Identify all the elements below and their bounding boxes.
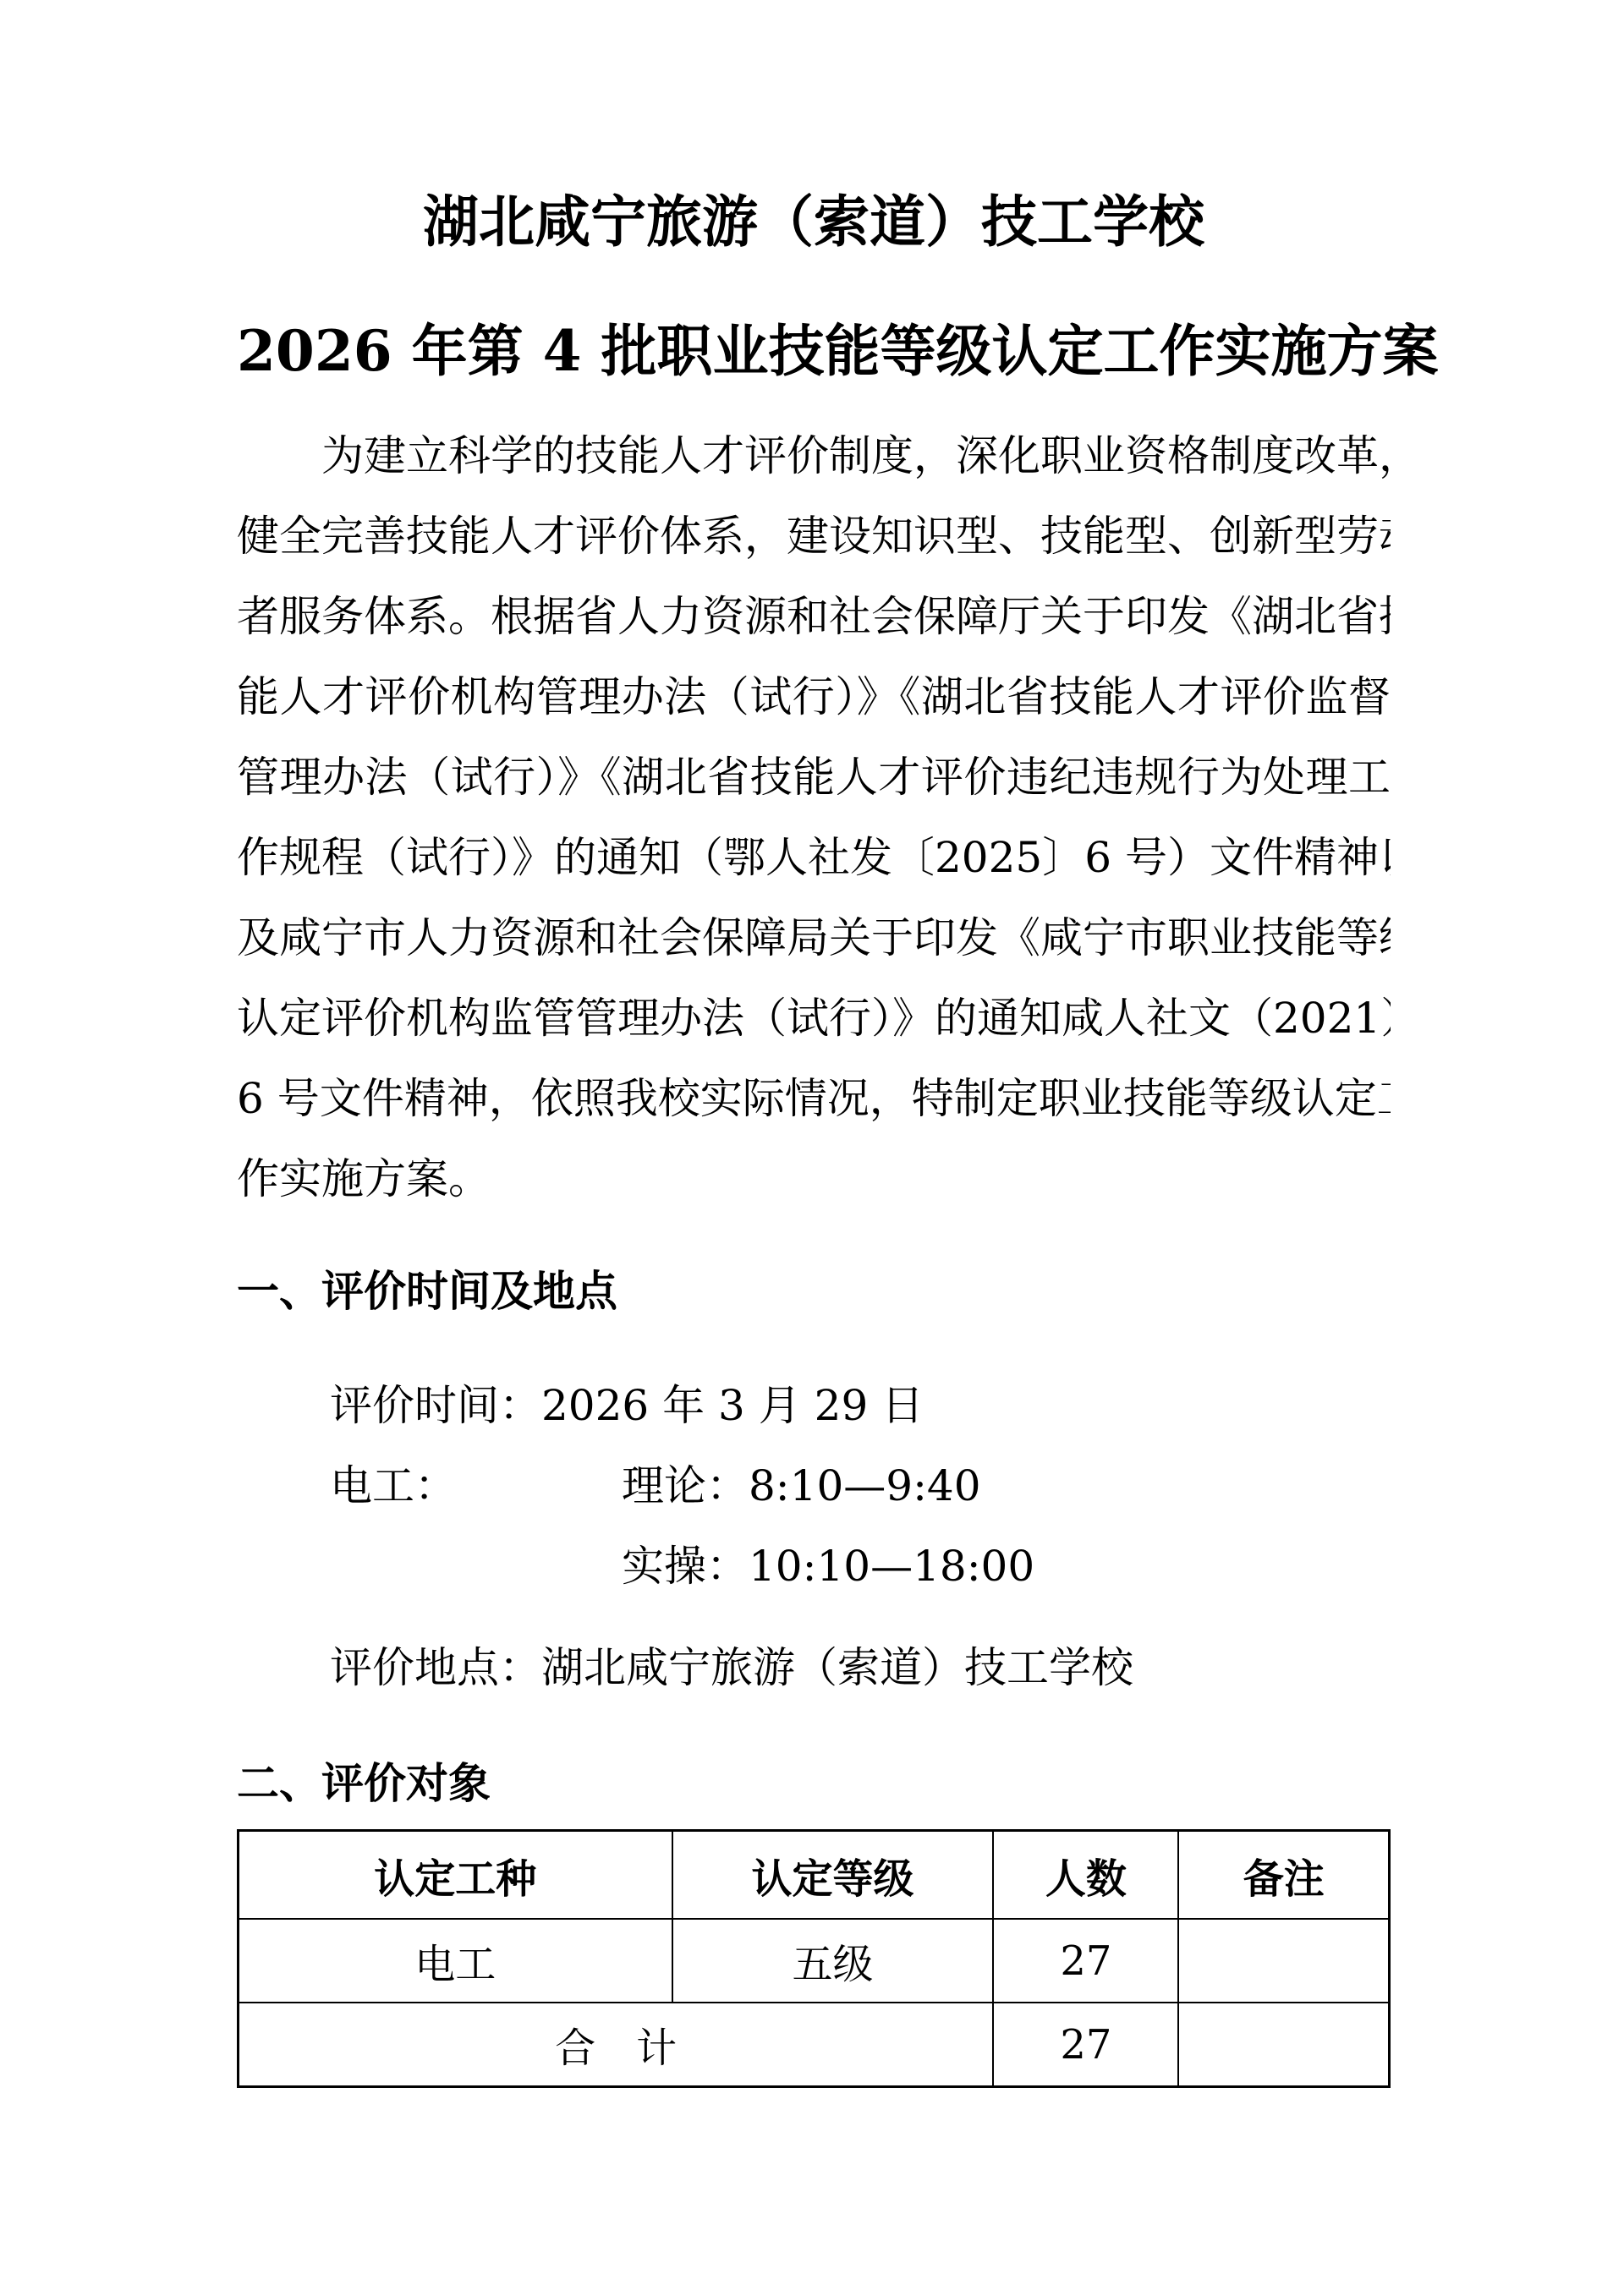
- cell-note: [1178, 1919, 1389, 2003]
- table-row: 电工 五级 27: [239, 1919, 1390, 2003]
- header-cell-level: 认定等级: [672, 1831, 994, 1920]
- table-header-row: 认定工种 认定等级 人数 备注: [239, 1831, 1390, 1920]
- intro-line: 健全完善技能人才评价体系，建设知识型、技能型、创新型劳动: [237, 496, 1391, 577]
- trade-schedule-line: 电工：理论：8:10—9:40: [237, 1446, 1391, 1526]
- intro-paragraph: 为建立科学的技能人才评价制度，深化职业资格制度改革， 健全完善技能人才评价体系，…: [237, 416, 1391, 1219]
- header-cell-note: 备注: [1178, 1831, 1389, 1920]
- document-title-line-1: 湖北咸宁旅游（索道）技工学校: [237, 157, 1391, 287]
- document-title-line-2: 2026 年第 4 批职业技能等级认定工作实施方案: [237, 287, 1391, 416]
- cell-total-count: 27: [993, 2003, 1178, 2087]
- cell-total-note: [1178, 2003, 1389, 2087]
- cell-trade: 电工: [239, 1919, 672, 2003]
- cell-total-label: 合 计: [239, 2003, 994, 2087]
- intro-line: 管理办法（试行）》《湖北省技能人才评价违纪违规行为处理工: [237, 737, 1391, 818]
- intro-line: 6 号文件精神，依照我校实际情况，特制定职业技能等级认定工: [237, 1059, 1391, 1139]
- practical-time-line: 实操：10:10—18:00: [237, 1526, 1391, 1607]
- document-page: 湖北咸宁旅游（索道）技工学校 2026 年第 4 批职业技能等级认定工作实施方案…: [0, 0, 1624, 2296]
- header-cell-count: 人数: [993, 1831, 1178, 1920]
- trade-label: 电工：: [330, 1446, 622, 1526]
- evaluation-location-line: 评价地点：湖北咸宁旅游（索道）技工学校: [237, 1628, 1391, 1708]
- section-1-heading: 一、评价时间及地点: [237, 1252, 1391, 1332]
- cell-level: 五级: [672, 1919, 994, 2003]
- theory-time: 理论：8:10—9:40: [622, 1461, 981, 1510]
- intro-line: 作实施方案。: [237, 1139, 1391, 1219]
- table-total-row: 合 计 27: [239, 2003, 1390, 2087]
- intro-line: 能人才评价机构管理办法（试行）》《湖北省技能人才评价监督: [237, 657, 1391, 737]
- cell-count: 27: [993, 1919, 1178, 2003]
- evaluation-table: 认定工种 认定等级 人数 备注 电工 五级 27 合 计 27: [237, 1829, 1391, 2088]
- intro-line: 为建立科学的技能人才评价制度，深化职业资格制度改革，: [237, 416, 1391, 496]
- intro-line: 作规程（试行）》的通知（鄂人社发〔2025〕6 号）文件精神以: [237, 818, 1391, 898]
- evaluation-time-line: 评价时间：2026 年 3 月 29 日: [237, 1366, 1391, 1446]
- intro-line: 及咸宁市人力资源和社会保障局关于印发《咸宁市职业技能等级: [237, 898, 1391, 978]
- intro-line: 者服务体系。根据省人力资源和社会保障厅关于印发《湖北省技: [237, 577, 1391, 657]
- intro-line: 认定评价机构监管管理办法（试行）》的通知咸人社文（2021）: [237, 978, 1391, 1059]
- header-cell-trade: 认定工种: [239, 1831, 672, 1920]
- section-2-heading: 二、评价对象: [237, 1744, 1391, 1824]
